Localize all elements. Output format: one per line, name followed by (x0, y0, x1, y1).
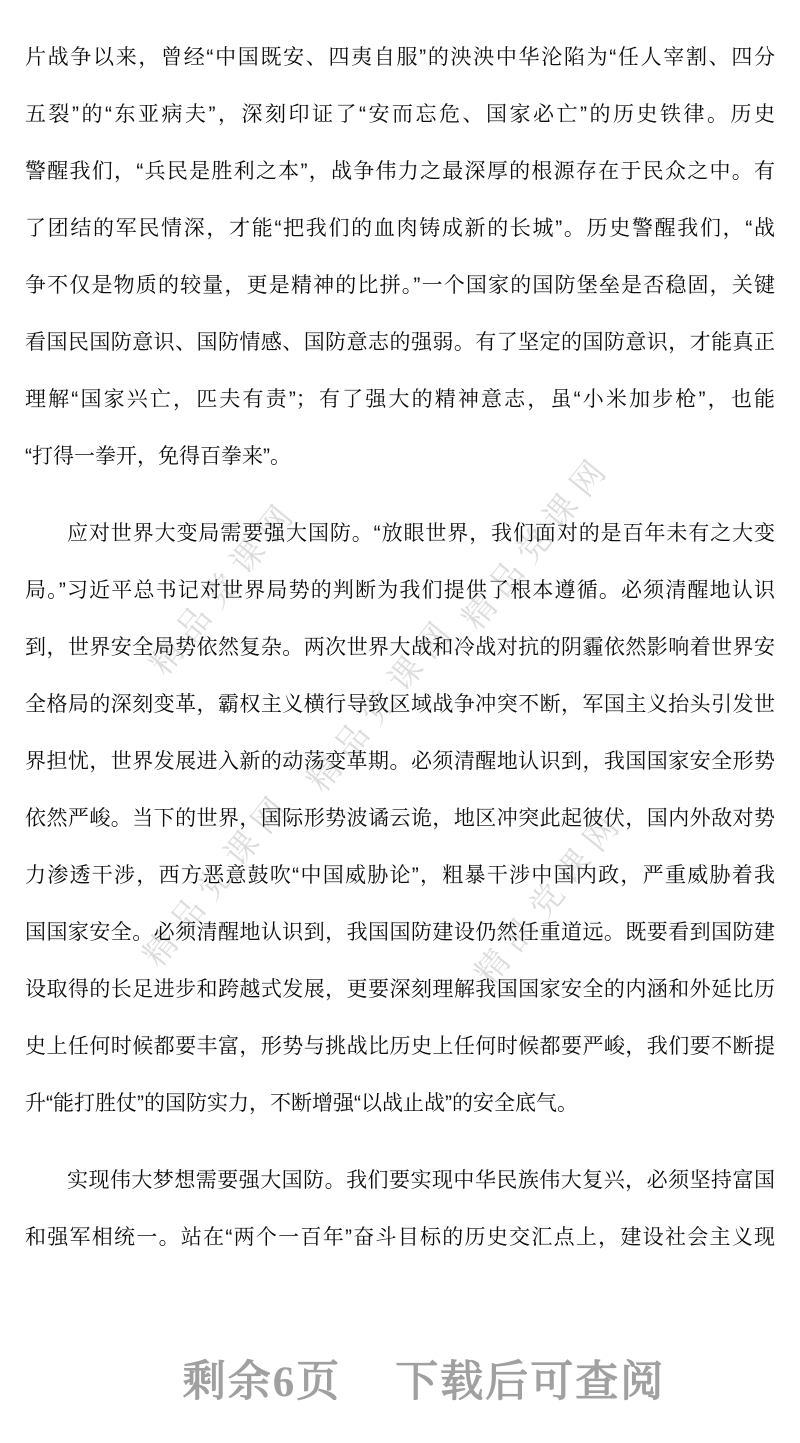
text-line: 升“能打胜仗”的国防实力，不断增强“以战止战”的安全底气。 (25, 1092, 775, 1149)
paragraph: 片战争以来，曾经“中国既安、四夷自服”的泱泱中华沦陷为“任人宰割、四分 五裂”的… (25, 46, 775, 502)
text-line: 看国民国防意识、国防情感、国防意志的强弱。有了坚定的国防意识，才能真正 (25, 331, 775, 388)
text-line: 实现伟大梦想需要强大国防。我们要实现中华民族伟大复兴，必须坚持富国 (25, 1169, 775, 1226)
paragraph: 应对世界大变局需要强大国防。“放眼世界，我们面对的是百年未有之大变 局。”习近平… (25, 522, 775, 1149)
text-line: 依然严峻。当下的世界，国际形势波谲云诡，地区冲突此起彼伏，国内外敌对势 (25, 807, 775, 864)
text-line: 设取得的长足进步和跨越式发展，更要深刻理解我国国家安全的内涵和外延比历 (25, 978, 775, 1035)
text-line: 局。”习近平总书记对世界局势的判断为我们提供了根本遵循。必须清醒地认识 (25, 579, 775, 636)
text-line: 争不仅是物质的较量，更是精神的比拼。”一个国家的国防堡垒是否稳固，关键 (25, 274, 775, 331)
text-line: 界担忧，世界发展进入新的动荡变革期。必须清醒地认识到，我国国家安全形势 (25, 750, 775, 807)
paragraph: 实现伟大梦想需要强大国防。我们要实现中华民族伟大复兴，必须坚持富国 和强军相统一… (25, 1169, 775, 1283)
text-line: 全格局的深刻变革，霸权主义横行导致区域战争冲突不断，军国主义抬头引发世 (25, 693, 775, 750)
text-line: 和强军相统一。站在“两个一百年”奋斗目标的历史交汇点上，建设社会主义现 (25, 1226, 775, 1283)
text-line: 了团结的军民情深，才能“把我们的血肉铸成新的长城”。历史警醒我们，“战 (25, 217, 775, 274)
text-line: 力渗透干涉，西方恶意鼓吹“中国威胁论”，粗暴干涉中国内政，严重威胁着我 (25, 864, 775, 921)
preview-banner: 剩余6页 下载后可查阅 (0, 1348, 800, 1409)
remaining-pages-label: 剩余6页 (183, 1348, 342, 1409)
text-line: 国国家安全。必须清醒地认识到，我国国防建设仍然任重道远。既要看到国防建 (25, 921, 775, 978)
text-line: 到，世界安全局势依然复杂。两次世界大战和冷战对抗的阴霾依然影响着世界安 (25, 636, 775, 693)
text-line: 警醒我们，“兵民是胜利之本”，战争伟力之最深厚的根源存在于民众之中。有 (25, 160, 775, 217)
text-line: 理解“国家兴亡，匹夫有责”；有了强大的精神意志，虽“小米加步枪”，也能 (25, 388, 775, 445)
download-hint-label: 下载后可查阅 (395, 1348, 665, 1409)
text-line: 片战争以来，曾经“中国既安、四夷自服”的泱泱中华沦陷为“任人宰割、四分 (25, 46, 775, 103)
text-line: 五裂”的“东亚病夫”，深刻印证了“安而忘危、国家必亡”的历史铁律。历史 (25, 103, 775, 160)
text-line: 史上任何时候都要丰富，形势与挑战比历史上任何时候都要严峻，我们要不断提 (25, 1035, 775, 1092)
document-preview-page: 精品党课网 精品党课网 精品党课网 精品党课网 精品党课网 片战争以来，曾经“中… (0, 0, 800, 1443)
text-line: 应对世界大变局需要强大国防。“放眼世界，我们面对的是百年未有之大变 (25, 522, 775, 579)
document-body: 片战争以来，曾经“中国既安、四夷自服”的泱泱中华沦陷为“任人宰割、四分 五裂”的… (25, 46, 775, 1283)
text-line: “打得一拳开，免得百拳来”。 (25, 445, 775, 502)
